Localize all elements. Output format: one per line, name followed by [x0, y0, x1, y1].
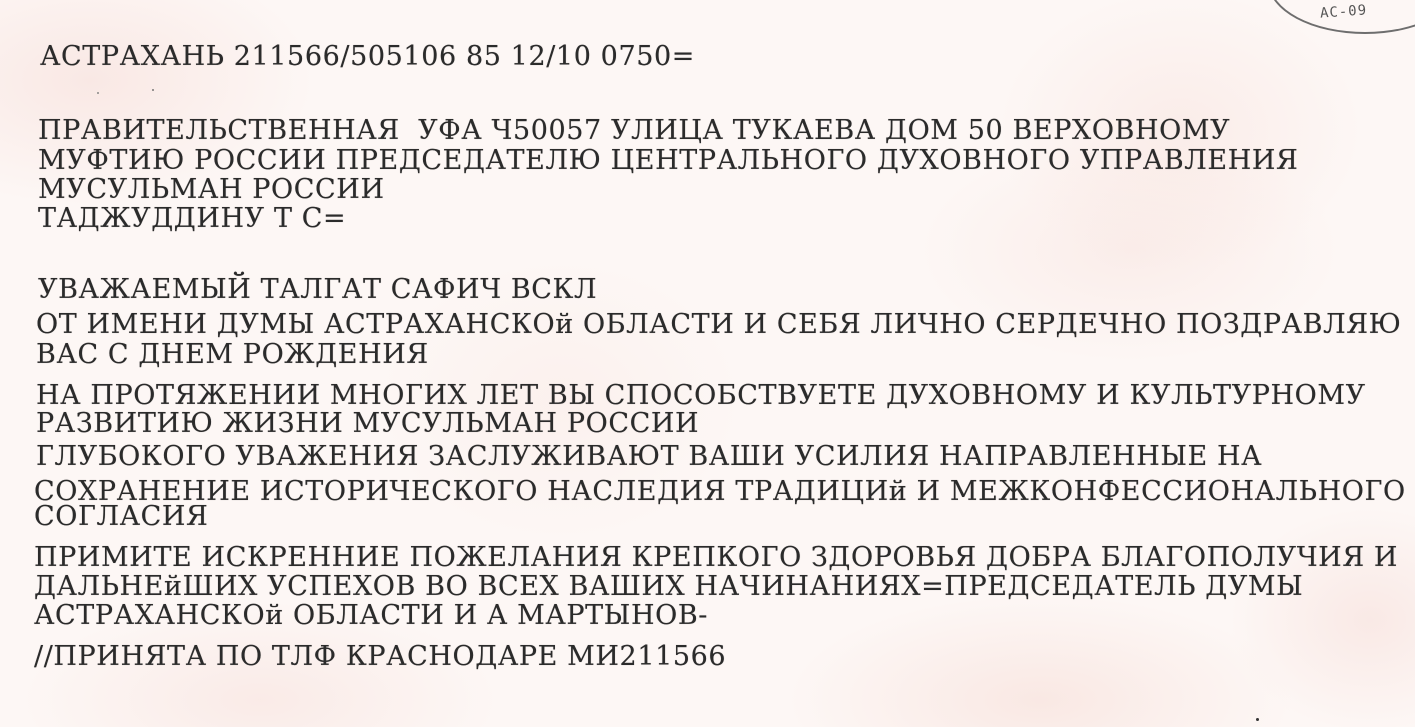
address-line: ПРАВИТЕЛЬСТВЕННАЯ УФА Ч50057 УЛИЦА ТУКАЕ… — [38, 116, 1230, 146]
paper-speck — [1256, 718, 1259, 721]
body-line: ОТ ИМЕНИ ДУМЫ АСТРАХАНСКОй ОБЛАСТИ И СЕБ… — [36, 310, 1401, 340]
body-line: НА ПРОТЯЖЕНИИ МНОГИХ ЛЕТ ВЫ СПОСОБСТВУЕТ… — [36, 381, 1366, 411]
body-line: СОХРАНЕНИЕ ИСТОРИЧЕСКОГО НАСЛЕДИЯ ТРАДИЦ… — [34, 477, 1406, 507]
postal-stamp-text: АС-09 — [1319, 2, 1367, 21]
body-line: ПРИМИТЕ ИСКРЕННИЕ ПОЖЕЛАНИЯ КРЕПКОГО ЗДО… — [34, 543, 1398, 573]
receipt-note: //ПРИНЯТА ПО ТЛФ КРАСНОДАРЕ МИ211566 — [34, 642, 726, 672]
address-line: МУФТИЮ РОССИИ ПРЕДСЕДАТЕЛЮ ЦЕНТРАЛЬНОГО … — [38, 146, 1298, 176]
greeting-line: УВАЖАЕМЫЙ ТАЛГАТ САФИЧ ВСКЛ — [38, 275, 597, 305]
body-line: ДАЛЬНЕйШИХ УСПЕХОВ ВО ВСЕХ ВАШИХ НАЧИНАН… — [34, 572, 1303, 602]
body-line: ГЛУБОКОГО УВАЖЕНИЯ ЗАСЛУЖИВАЮТ ВАШИ УСИЛ… — [36, 442, 1262, 472]
body-line: ВАС С ДНЕМ РОЖДЕНИЯ — [36, 340, 429, 370]
telegram-page: АС-09 АСТРАХАНЬ 211566/505106 85 12/10 0… — [0, 0, 1415, 727]
address-line: ТАДЖУДДИНУ Т С= — [38, 204, 346, 234]
body-line: СОГЛАСИЯ — [34, 502, 208, 532]
telegram-header: АСТРАХАНЬ 211566/505106 85 12/10 0750= — [40, 42, 695, 72]
paper-speck — [152, 89, 154, 91]
signature-line: АСТРАХАНСКОй ОБЛАСТИ И А МАРТЫНОВ- — [34, 601, 708, 631]
paper-speck — [97, 92, 99, 94]
address-line: МУСУЛЬМАН РОССИИ — [38, 175, 385, 205]
body-line: РАЗВИТИЮ ЖИЗНИ МУСУЛЬМАН РОССИИ — [36, 409, 699, 439]
